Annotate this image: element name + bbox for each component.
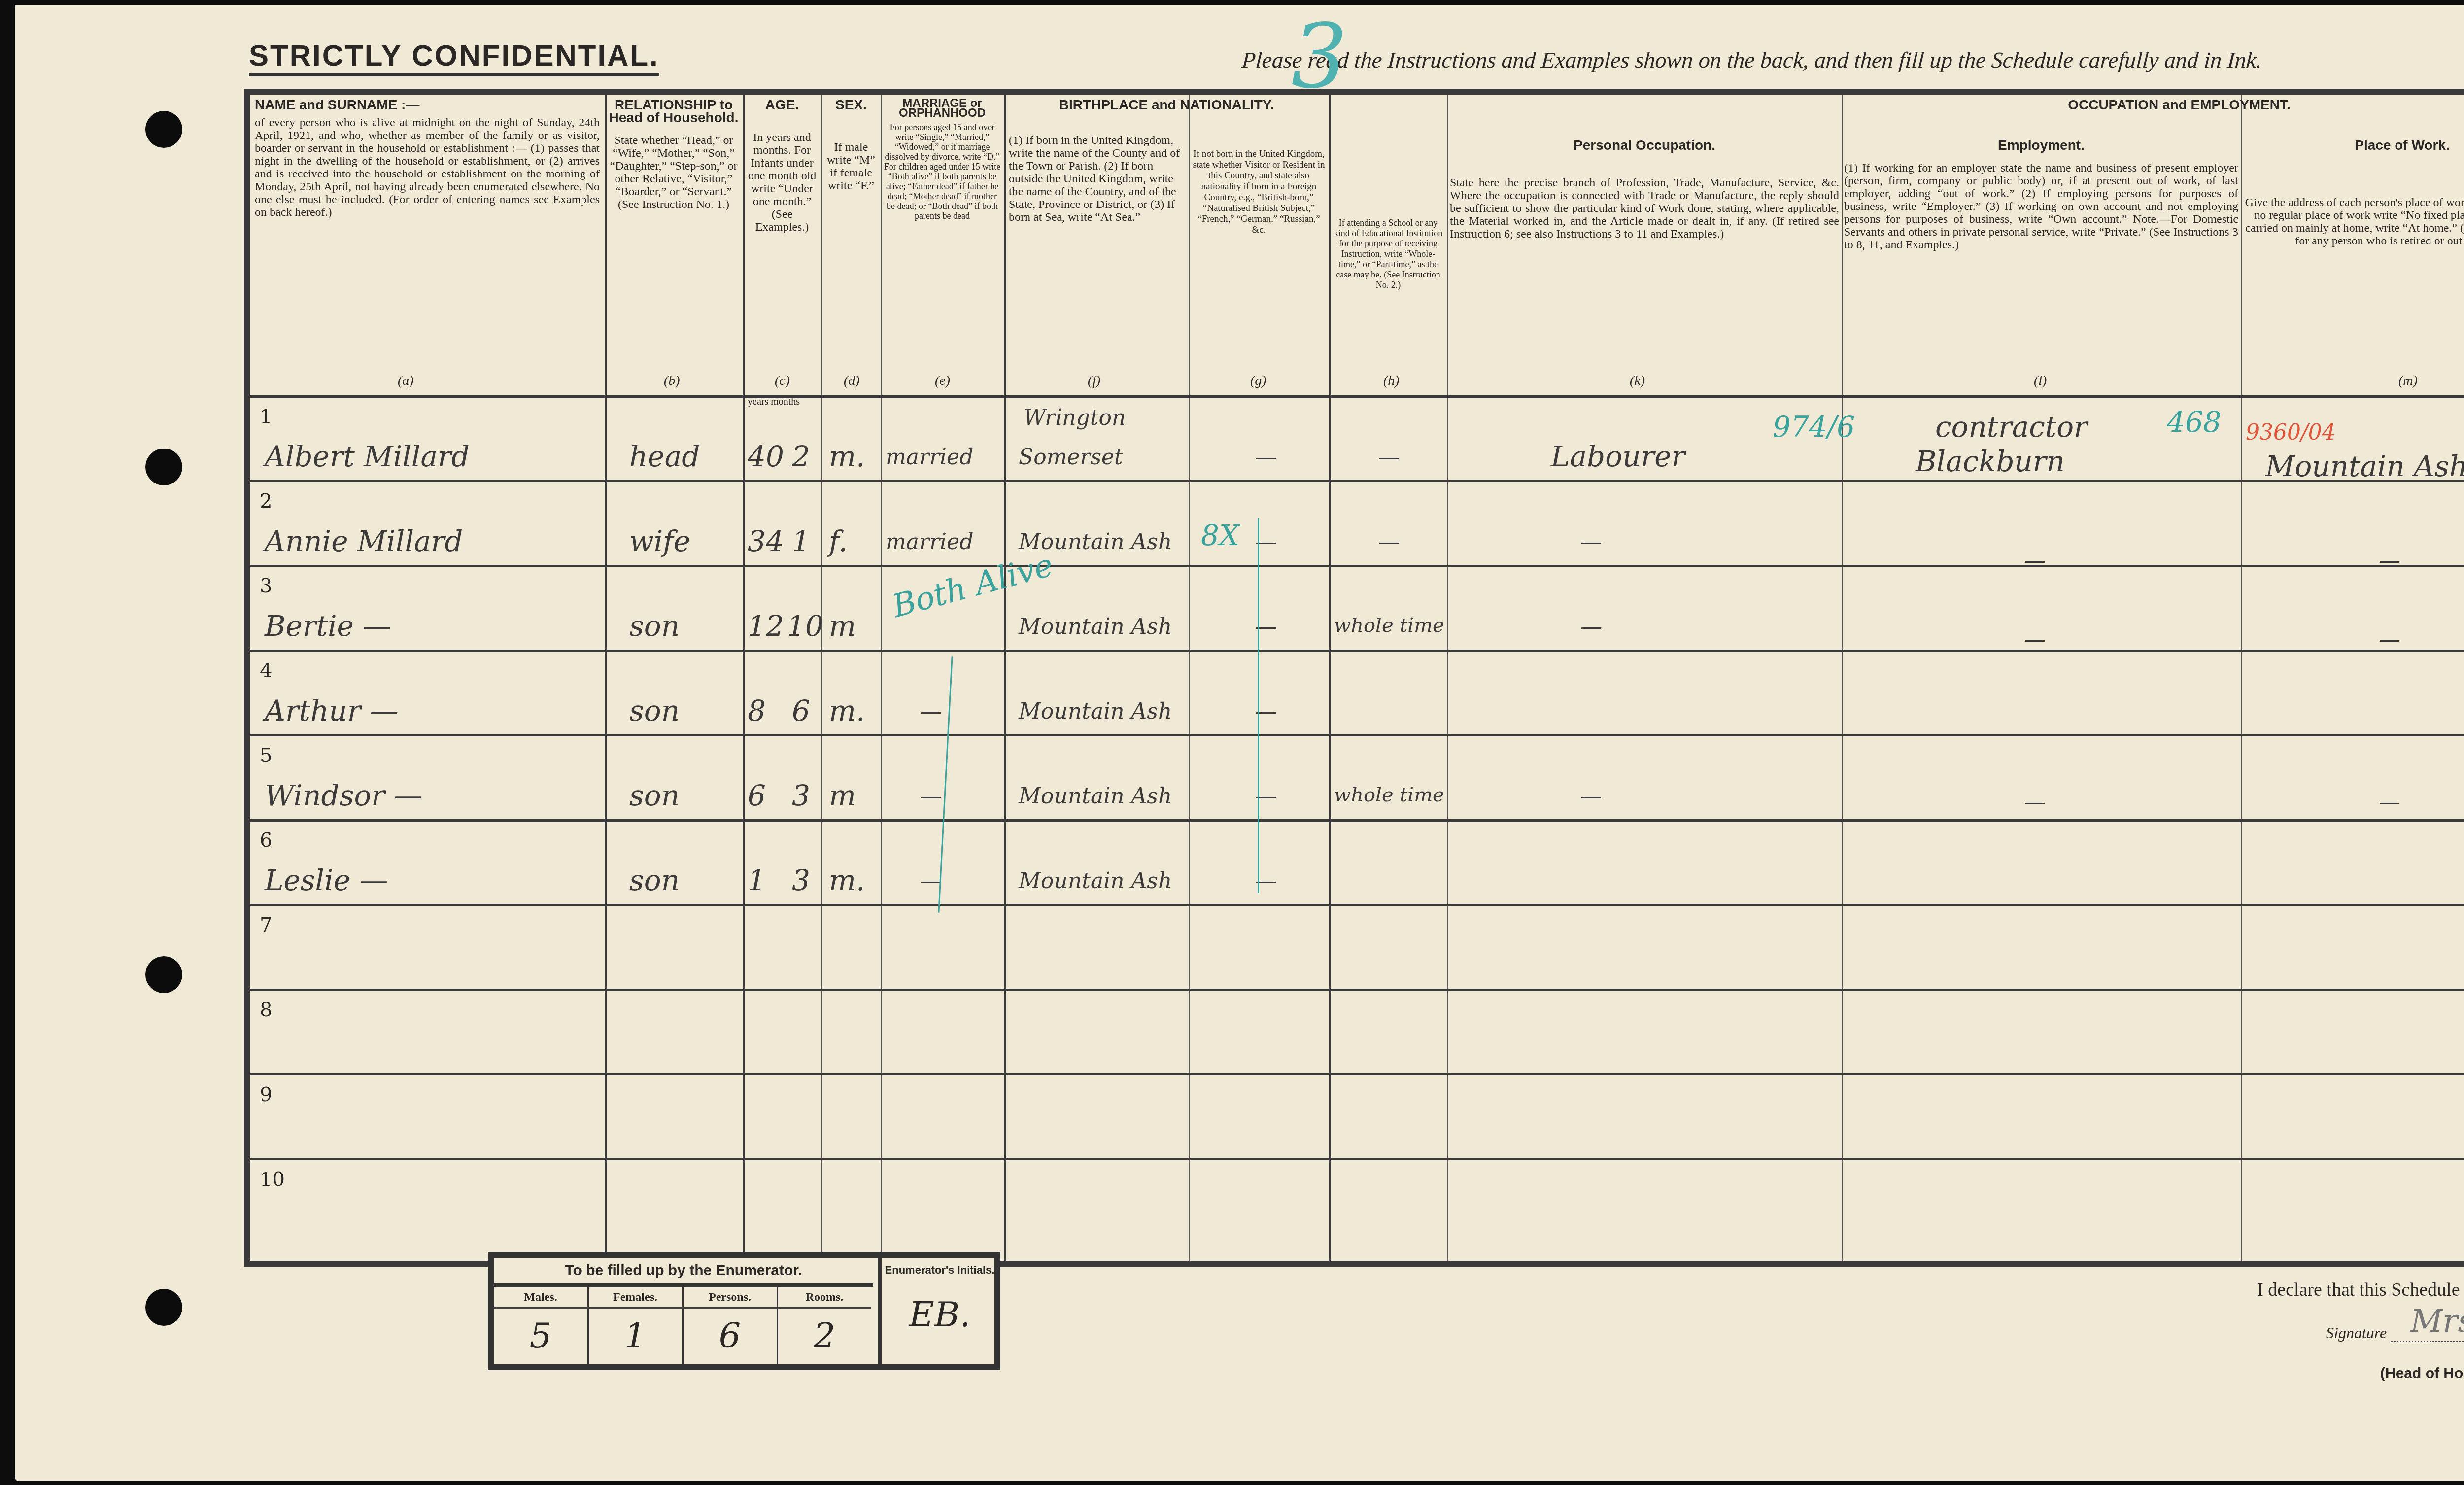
col-divider bbox=[2241, 95, 2242, 1261]
row-number: 5 bbox=[260, 744, 272, 767]
row3-orphanhood-note: Both Alive bbox=[889, 547, 1057, 625]
row-number: 7 bbox=[260, 914, 272, 936]
row-number: 1 bbox=[260, 405, 272, 428]
row1-employer: contractor bbox=[1935, 410, 2088, 444]
header-marriage: MARRIAGE or ORPHANHOOD For persons aged … bbox=[883, 99, 1001, 221]
header-place-of-work: Place of Work. Give the address of each … bbox=[2243, 139, 2464, 247]
row4-age-years: 8 bbox=[748, 694, 766, 727]
col-divider bbox=[605, 95, 607, 1261]
col-id: (g) bbox=[1250, 373, 1266, 389]
census-form-table: NAME and SURNAME :— of every person who … bbox=[244, 89, 2464, 1267]
row1-place-code: 9360/04 bbox=[2246, 420, 2336, 445]
row3-name: Bertie — bbox=[265, 609, 391, 643]
row3-relationship: son bbox=[629, 609, 680, 643]
row5-marriage: — bbox=[920, 784, 942, 809]
row3-sex: m bbox=[829, 609, 856, 643]
row-number: 10 bbox=[260, 1168, 285, 1191]
binder-hole bbox=[145, 1289, 182, 1326]
col-divider bbox=[1189, 95, 1190, 1261]
row-line bbox=[250, 650, 2464, 652]
header-sex: SEX. If male write “M” if female write “… bbox=[824, 99, 878, 192]
row1-birthplace-county: Somerset bbox=[1019, 445, 1123, 470]
row3-age-months: 10 bbox=[787, 609, 823, 643]
row5-name: Windsor — bbox=[265, 779, 422, 812]
row1-age-months: 2 bbox=[792, 440, 810, 473]
col-id: (f) bbox=[1088, 373, 1100, 389]
col-id: (e) bbox=[935, 373, 950, 389]
row-line bbox=[250, 1158, 2464, 1160]
col-divider bbox=[743, 95, 745, 1261]
col-id: (d) bbox=[844, 373, 860, 389]
males-cell: Males.5 bbox=[494, 1287, 589, 1366]
col-id: (k) bbox=[1630, 373, 1645, 389]
col-divider bbox=[881, 95, 882, 1261]
col-id: (a) bbox=[398, 373, 414, 389]
row1-age-years: 40 bbox=[748, 440, 784, 473]
row-line bbox=[250, 989, 2464, 991]
header-employment: Employment. (1) If working for an employ… bbox=[1844, 139, 2238, 251]
header-nationality-text: If not born in the United Kingdom, state… bbox=[1191, 149, 1327, 236]
row1-schooling: — bbox=[1378, 445, 1400, 470]
row3-age-years: 12 bbox=[748, 609, 784, 643]
row1-employer-place: Blackburn bbox=[1916, 445, 2065, 478]
row-number: 6 bbox=[260, 829, 272, 852]
row-number: 2 bbox=[260, 490, 272, 513]
row2-name: Annie Millard bbox=[265, 524, 463, 558]
row2-place-of-work: — bbox=[2379, 548, 2400, 573]
row3-employment: — bbox=[2024, 627, 2046, 652]
row4-age-months: 6 bbox=[792, 694, 810, 727]
row-line bbox=[250, 819, 2464, 822]
header-schooling-text: If attending a School or any kind of Edu… bbox=[1332, 218, 1445, 290]
row6-name: Leslie — bbox=[265, 863, 388, 897]
enumerator-initials-cell: Enumerator's Initials.EB. bbox=[878, 1258, 998, 1364]
row1-occupation: Labourer bbox=[1551, 440, 1685, 473]
row6-sex: m. bbox=[829, 863, 865, 897]
row-line bbox=[250, 1073, 2464, 1075]
row4-birthplace: Mountain Ash bbox=[1019, 699, 1172, 724]
row5-employment: — bbox=[2024, 790, 2046, 815]
row1-marriage: married bbox=[886, 445, 973, 470]
signature-value: Mrs Annie Millard bbox=[2410, 1303, 2464, 1340]
col-divider bbox=[1447, 95, 1448, 1261]
signature-caption: (Head of Household, Manager of Establish… bbox=[2380, 1365, 2464, 1382]
row2-age-years: 34 bbox=[748, 524, 784, 558]
row6-age-years: 1 bbox=[748, 863, 766, 897]
row-line bbox=[250, 480, 2464, 482]
row5-age-months: 3 bbox=[792, 779, 810, 812]
col-divider bbox=[1004, 95, 1006, 1261]
row2-birthplace-code: 8X bbox=[1201, 518, 1239, 552]
row-line bbox=[250, 904, 2464, 906]
row6-relationship: son bbox=[629, 863, 680, 897]
row-number: 3 bbox=[260, 575, 272, 597]
col-divider bbox=[1329, 95, 1331, 1261]
females-cell: Females.1 bbox=[588, 1287, 684, 1366]
row5-relationship: son bbox=[629, 779, 680, 812]
page-title: STRICTLY CONFIDENTIAL. bbox=[249, 38, 659, 76]
age-subheader: years months bbox=[748, 396, 800, 408]
enumerator-summary-title: To be filled up by the Enumerator. bbox=[494, 1258, 873, 1287]
col-id: (l) bbox=[2034, 373, 2047, 389]
header-birthplace: BIRTHPLACE and NATIONALITY. bbox=[1006, 99, 1327, 111]
instructions-line: Please read the Instructions and Example… bbox=[1241, 47, 2263, 73]
row6-birthplace: Mountain Ash bbox=[1019, 868, 1172, 894]
row4-relationship: son bbox=[629, 694, 680, 727]
header-personal-occupation: Personal Occupation. State here the prec… bbox=[1450, 139, 1839, 241]
row5-schooling: whole time bbox=[1334, 784, 1444, 806]
row2-relationship: wife bbox=[629, 524, 690, 558]
row5-occupation: — bbox=[1580, 784, 1602, 809]
header-name: NAME and SURNAME :— of every person who … bbox=[255, 99, 600, 219]
row-number: 9 bbox=[260, 1083, 272, 1106]
row5-sex: m bbox=[829, 779, 856, 812]
row3-schooling: whole time bbox=[1334, 614, 1444, 637]
header-relationship: RELATIONSHIP to Head of Household. State… bbox=[607, 99, 740, 211]
header-age: AGE. In years and months. For Infants un… bbox=[745, 99, 819, 234]
row5-birthplace: Mountain Ash bbox=[1019, 784, 1172, 809]
row-line bbox=[250, 734, 2464, 736]
row1-name: Albert Millard bbox=[265, 440, 470, 473]
declaration-text: I declare that this Schedule is correctl… bbox=[2257, 1279, 2464, 1301]
row2-age-months: 1 bbox=[792, 524, 810, 558]
row2-employment: — bbox=[2024, 548, 2046, 573]
row3-place-of-work: — bbox=[2379, 627, 2400, 652]
enumerator-summary-box: To be filled up by the Enumerator. Males… bbox=[488, 1252, 1000, 1370]
row2-sex: f. bbox=[829, 524, 848, 558]
col-divider bbox=[821, 95, 822, 1261]
row1-nationality: — bbox=[1255, 445, 1277, 470]
row1-occupation-code: 974/6 bbox=[1773, 410, 1855, 444]
persons-cell: Persons.6 bbox=[683, 1287, 778, 1366]
binder-hole bbox=[145, 449, 182, 485]
row2-occupation: — bbox=[1580, 529, 1602, 554]
row1-sex: m. bbox=[829, 440, 865, 473]
row4-sex: m. bbox=[829, 694, 865, 727]
col-id: (m) bbox=[2398, 373, 2418, 389]
row2-schooling: — bbox=[1378, 529, 1400, 554]
row3-birthplace: Mountain Ash bbox=[1019, 614, 1172, 639]
binder-hole bbox=[145, 956, 182, 993]
row6-marriage: — bbox=[920, 868, 942, 894]
verification-mark bbox=[1258, 518, 1259, 893]
col-id: (h) bbox=[1383, 373, 1400, 389]
row1-employment-code: 468 bbox=[2167, 405, 2222, 439]
row5-age-years: 6 bbox=[748, 779, 766, 812]
row-number: 8 bbox=[260, 999, 272, 1021]
header-separator bbox=[250, 395, 2464, 398]
col-id: (c) bbox=[775, 373, 790, 389]
row5-place-of-work: — bbox=[2379, 790, 2400, 815]
signature-label: Signature bbox=[2326, 1324, 2387, 1342]
row-line bbox=[250, 565, 2464, 567]
row3-occupation: — bbox=[1580, 614, 1602, 639]
col-id: (b) bbox=[664, 373, 680, 389]
row4-name: Arthur — bbox=[265, 694, 399, 727]
row4-marriage: — bbox=[920, 699, 942, 724]
header-birthplace-text: (1) If born in the United Kingdom, write… bbox=[1009, 134, 1186, 224]
header-occupation: OCCUPATION and EMPLOYMENT. bbox=[1332, 99, 2464, 111]
row1-place-of-work: Mountain Ash bbox=[2265, 449, 2464, 483]
rooms-cell: Rooms.2 bbox=[778, 1287, 871, 1366]
col-divider bbox=[1842, 95, 1843, 1261]
signature-line: Mrs Annie Millard bbox=[2391, 1321, 2464, 1342]
signature-block: Signature Mrs Annie Millard bbox=[2326, 1321, 2464, 1342]
row1-relationship: head bbox=[629, 440, 700, 473]
binder-hole bbox=[145, 111, 182, 148]
row2-marriage: married bbox=[886, 529, 973, 554]
row6-age-months: 3 bbox=[792, 863, 810, 897]
row1-birthplace-town: Wrington bbox=[1024, 405, 1126, 430]
row-number: 4 bbox=[260, 659, 272, 682]
